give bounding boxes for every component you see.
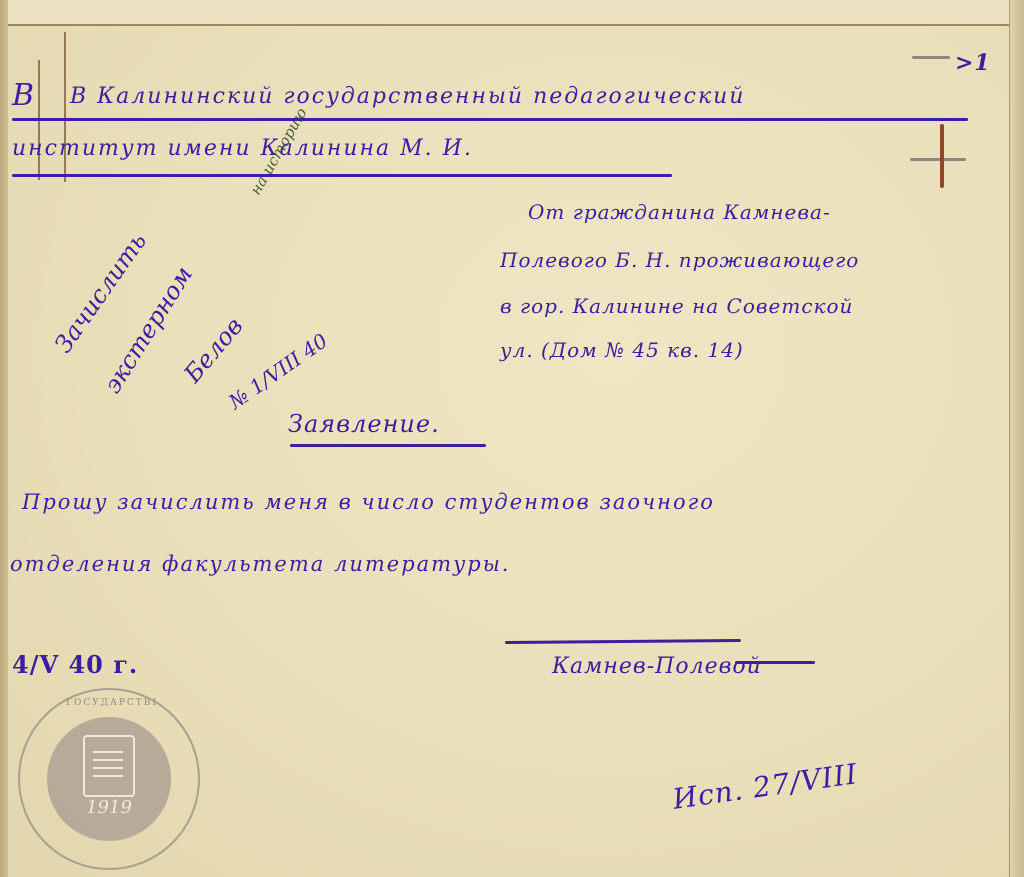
sender-line-1: От гражданина Камнева- — [528, 200, 831, 224]
document-title: Заявление. — [288, 410, 440, 438]
addressee-line-1: В Калининский государственный педагогиче… — [70, 84, 745, 109]
stamp-year: 1919 — [47, 797, 171, 818]
stamp-text: ГОСУДАРСТВЕННЫЙ АРХИВ ТВЕРСКОЙ ОБЛАСТИ — [66, 698, 156, 708]
title-underline — [290, 444, 486, 447]
brown-pencil-mark — [940, 124, 944, 188]
addressee-line-2: институт имени Калинина М. И. — [12, 136, 473, 161]
signature-stroke — [735, 661, 815, 664]
scroll-icon — [83, 735, 135, 797]
top-paper-edge — [8, 0, 1014, 26]
page-right-edge — [1009, 0, 1024, 877]
addressee-prefix: В — [12, 78, 35, 113]
grey-dash-mark — [910, 158, 966, 161]
addressee-underline — [12, 174, 672, 177]
grey-dash-mark — [912, 56, 950, 59]
sender-line-3: в гор. Калинине на Советской — [500, 294, 853, 318]
stamp-seal: 1919 — [47, 717, 171, 841]
addressee-underline — [12, 118, 968, 121]
body-line-1: Прошу зачислить меня в число студентов з… — [22, 490, 715, 514]
body-line-2: отделения факультета литературы. — [10, 552, 510, 576]
sender-line-4: ул. (Дом № 45 кв. 14) — [500, 338, 744, 362]
applicant-signature: Камнев-Полевой — [552, 654, 762, 679]
archive-stamp: ГОСУДАРСТВЕННЫЙ АРХИВ ТВЕРСКОЙ ОБЛАСТИ 1… — [18, 688, 200, 870]
document-date: 4/V 40 г. — [12, 650, 138, 679]
sender-line-2: Полевого Б. Н. проживающего — [500, 248, 859, 272]
corner-mark: >1 — [955, 50, 991, 76]
